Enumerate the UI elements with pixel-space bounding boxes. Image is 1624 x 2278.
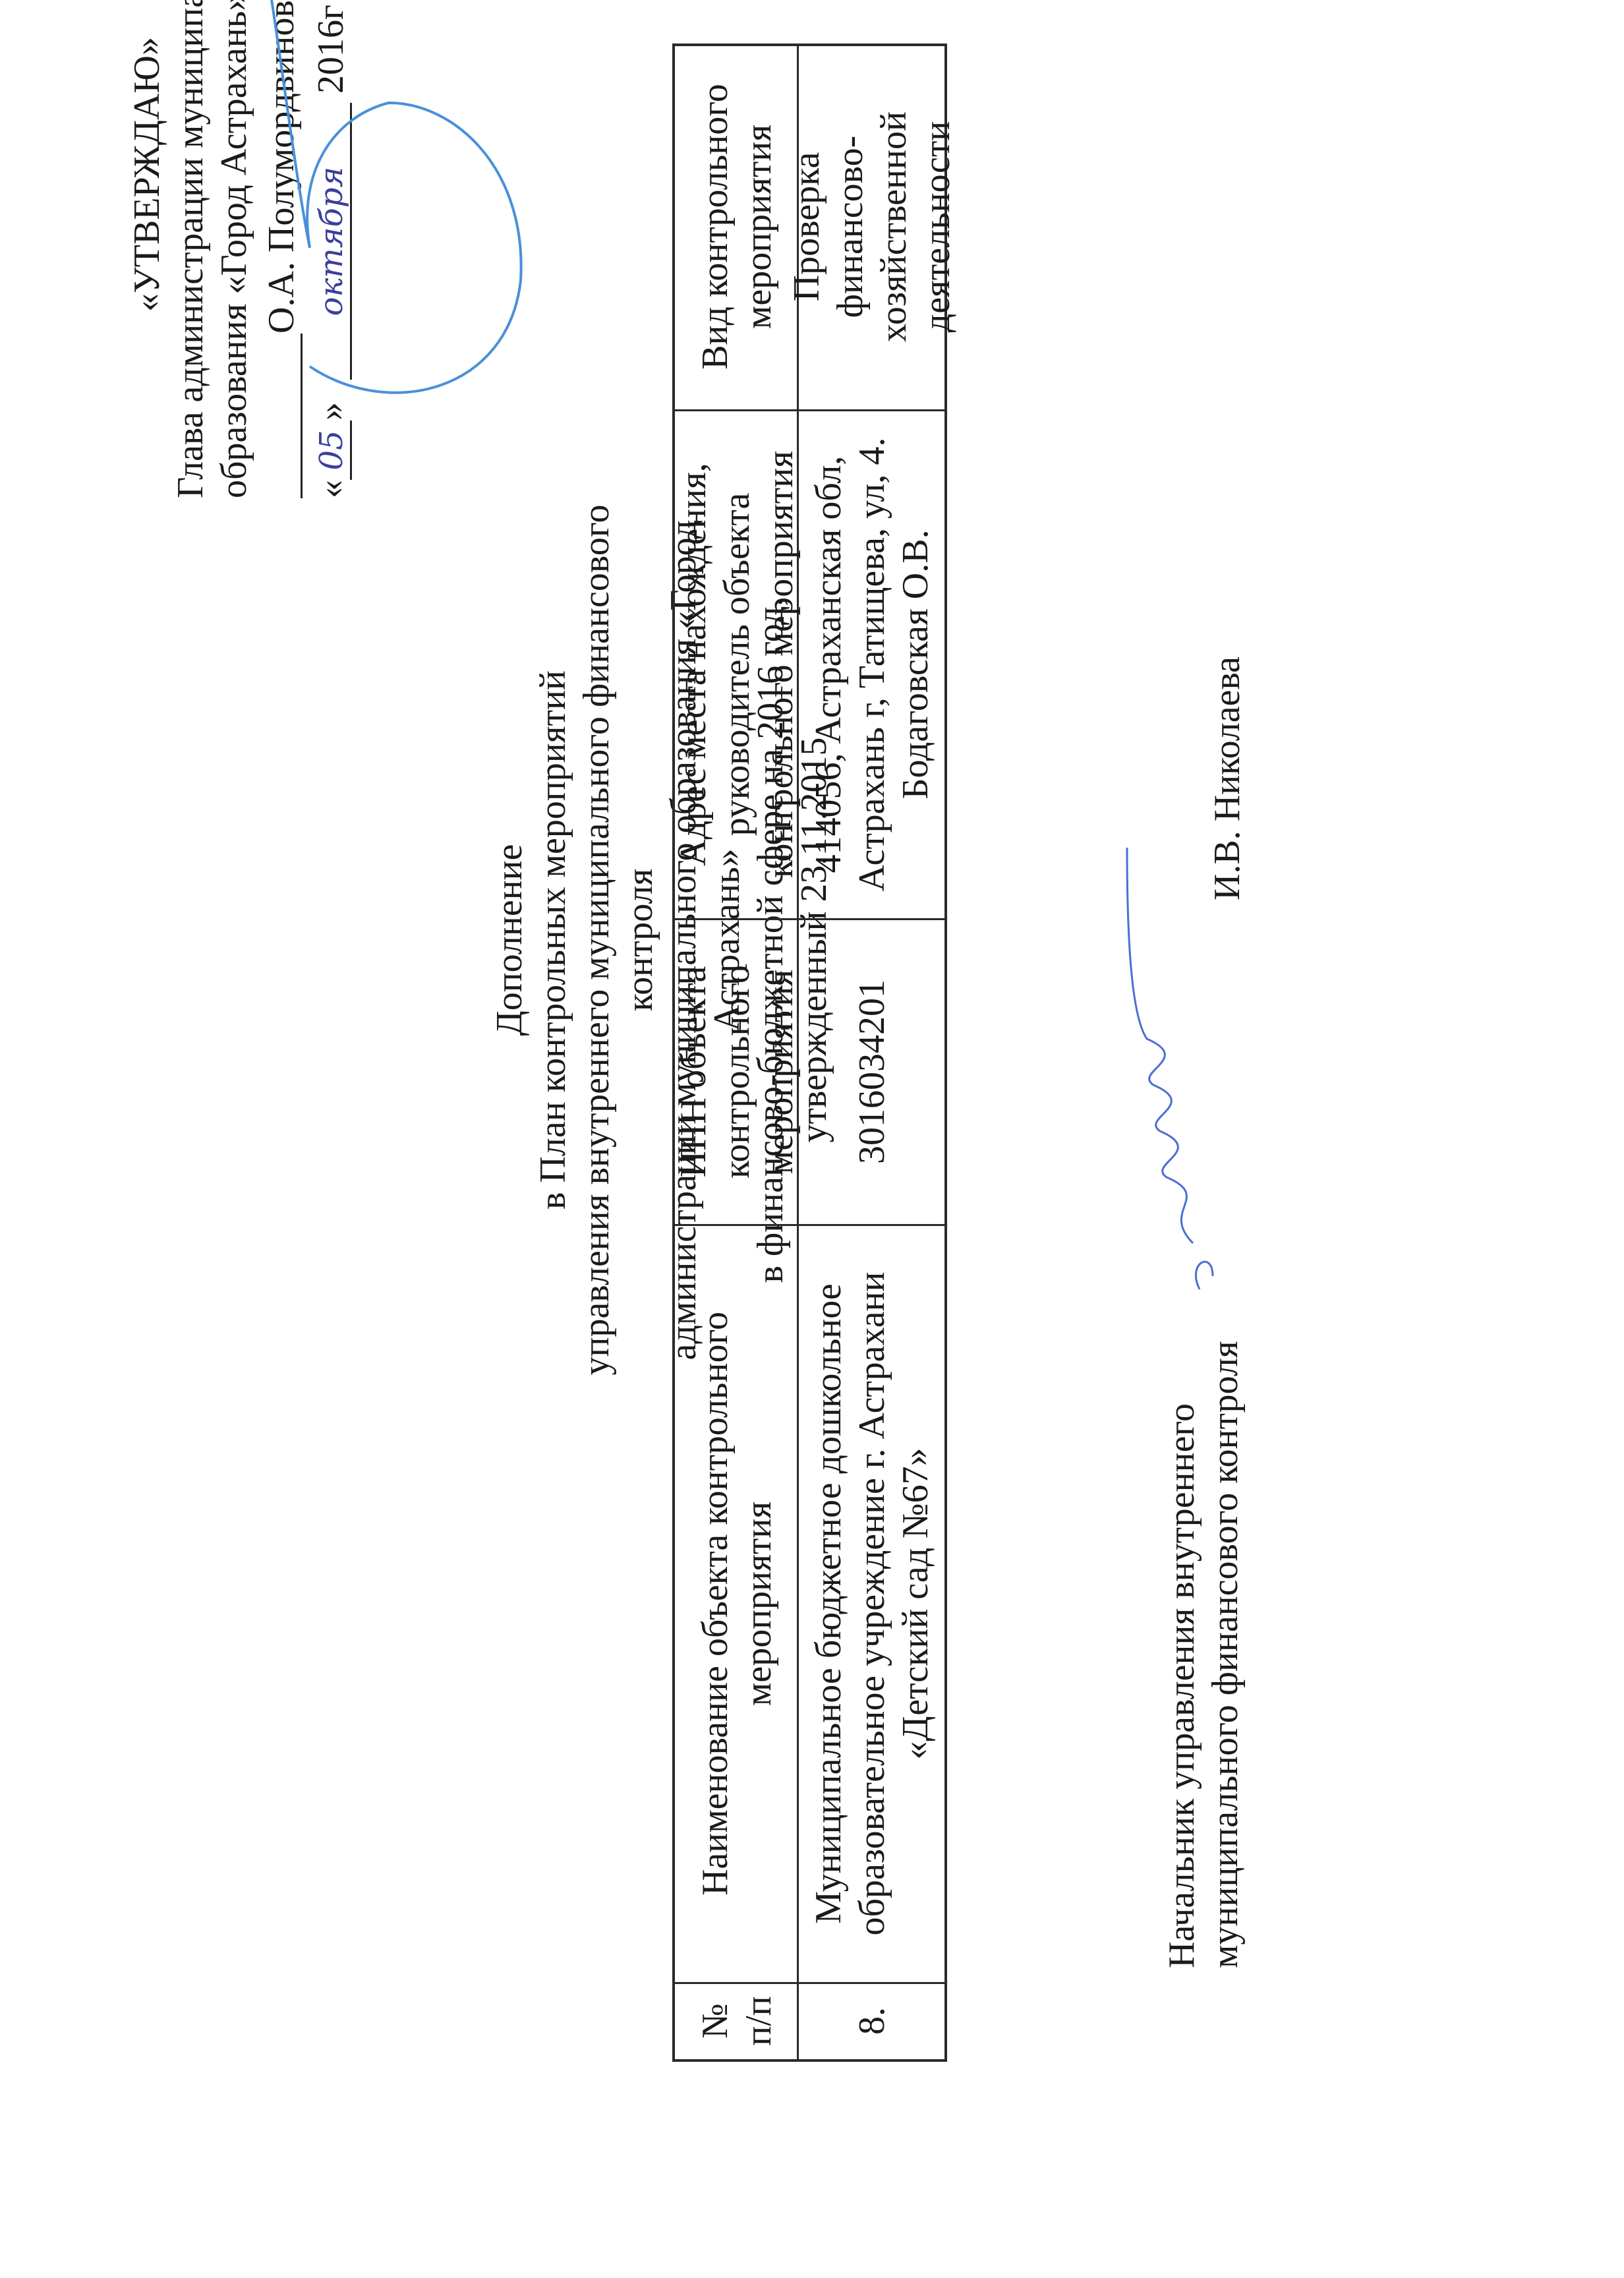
header-address: Адрес места нахождения, руководитель объ… <box>675 410 798 919</box>
document-page: «УТВЕРЖДАЮ» Глава администрации муниципа… <box>0 0 1624 2278</box>
stamp-stroke-icon <box>257 0 534 446</box>
handwritten-signature-icon <box>1120 841 1226 1302</box>
approver-position-line1: Глава администрации муниципального <box>169 37 212 498</box>
approval-heading: «УТВЕРЖДАЮ» <box>125 37 169 498</box>
row-number: 8. <box>799 1983 945 2059</box>
control-measures-table: № п/п Наименование объекта контрольного … <box>672 44 947 2062</box>
approver-position-line2: образования «Город Астрахань» <box>212 37 256 498</box>
title-line-1: Дополнение <box>488 479 531 1401</box>
row-object-name: Муниципальное бюджетное дошкольное образ… <box>799 1225 945 1983</box>
header-control-type: Вид контрольного мероприятия <box>675 44 798 410</box>
header-object-name: Наименование объекта контрольного меропр… <box>675 1225 798 1983</box>
head-position-line2: муниципального финансового контроля <box>1203 1341 1247 1968</box>
header-number: № п/п <box>675 1983 798 2059</box>
date-open-quote: « <box>310 480 351 498</box>
approval-block: «УТВЕРЖДАЮ» Глава администрации муниципа… <box>125 37 256 498</box>
head-position-line1: Начальник управления внутреннего <box>1160 1341 1203 1968</box>
title-line-2: в План контрольных мероприятий <box>531 479 575 1401</box>
title-line-3: управления внутреннего муниципального фи… <box>575 479 662 1401</box>
head-position: Начальник управления внутреннего муницип… <box>1160 1341 1247 1968</box>
header-inn: ИНН объекта контрольного мероприятия <box>675 919 798 1225</box>
row-inn: 3016034201 <box>799 919 945 1225</box>
head-name: И.В. Николаева <box>1206 657 1248 900</box>
row-control-type: Проверка финансово-хозяйственной деятель… <box>799 44 945 410</box>
row-address: 414056, Астраханская обл, Астрахань г, Т… <box>799 410 945 919</box>
